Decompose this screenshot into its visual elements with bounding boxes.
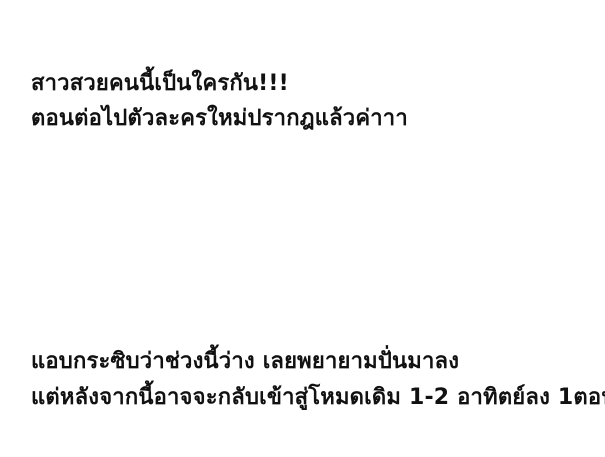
announcement-bottom-line1: แอบกระซิบว่าช่วงนี้ว่าง เลยพยายามปั่นมาล… <box>31 344 605 380</box>
announcement-bottom-line2: แต่หลังจากนี้อาจจะกลับเข้าสู่โหมดเดิม 1-… <box>31 380 605 416</box>
announcement-top-line1: สาวสวยคนนี้เป็นใครกัน!!! <box>31 66 408 101</box>
announcement-top-line2: ตอนต่อไปตัวละครใหม่ปรากฎแล้วค่าาา <box>31 101 408 136</box>
announcement-top: สาวสวยคนนี้เป็นใครกัน!!! ตอนต่อไปตัวละคร… <box>31 66 408 136</box>
author-note-page: สาวสวยคนนี้เป็นใครกัน!!! ตอนต่อไปตัวละคร… <box>0 0 605 457</box>
announcement-bottom: แอบกระซิบว่าช่วงนี้ว่าง เลยพยายามปั่นมาล… <box>31 344 605 416</box>
